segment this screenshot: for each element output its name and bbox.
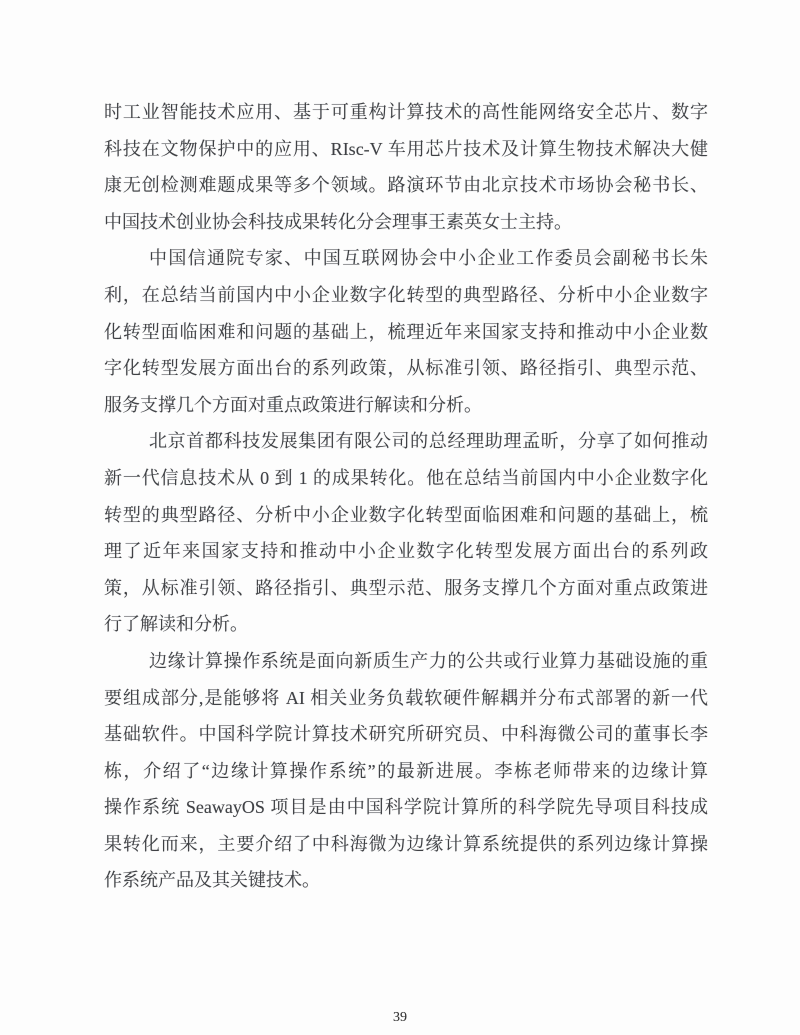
text-line: 行了解读和分析。	[104, 606, 708, 643]
text-line: 中国信通院专家、中国互联网协会中小企业工作委员会副秘书长朱	[104, 240, 708, 277]
text-line: 理了近年来国家支持和推动中小企业数字化转型发展方面出台的系列政	[104, 533, 708, 570]
text-line: 果转化而来，主要介绍了中科海微为边缘计算系统提供的系列边缘计算操	[104, 826, 708, 863]
text-line: 中国技术创业协会科技成果转化分会理事王素英女士主持。	[104, 204, 708, 241]
text-line: 要组成部分,是能够将 AI 相关业务负载软硬件解耦并分布式部署的新一代	[104, 680, 708, 717]
text-line: 北京首都科技发展集团有限公司的总经理助理孟昕，分享了如何推动	[104, 423, 708, 460]
page-number: 39	[0, 1010, 800, 1026]
text-line: 操作系统 SeawayOS 项目是由中国科学院计算所的科学院先导项目科技成	[104, 789, 708, 826]
text-line: 基础软件。中国科学院计算技术研究所研究员、中科海微公司的董事长李	[104, 716, 708, 753]
text-line: 作系统产品及其关键技术。	[104, 862, 708, 899]
text-line: 利，在总结当前国内中小企业数字化转型的典型路径、分析中小企业数字	[104, 277, 708, 314]
text-line: 转型的典型路径、分析中小企业数字化转型面临困难和问题的基础上，梳	[104, 497, 708, 534]
text-line: 时工业智能技术应用、基于可重构计算技术的高性能网络安全芯片、数字	[104, 94, 708, 131]
text-line: 新一代信息技术从 0 到 1 的成果转化。他在总结当前国内中小企业数字化	[104, 460, 708, 497]
text-line: 边缘计算操作系统是面向新质生产力的公共或行业算力基础设施的重	[104, 643, 708, 680]
text-line: 康无创检测难题成果等多个领域。路演环节由北京技术市场协会秘书长、	[104, 167, 708, 204]
text-line: 科技在文物保护中的应用、RIsc-V 车用芯片技术及计算生物技术解决大健	[104, 131, 708, 168]
document-page: 时工业智能技术应用、基于可重构计算技术的高性能网络安全芯片、数字科技在文物保护中…	[0, 0, 800, 1035]
document-body: 时工业智能技术应用、基于可重构计算技术的高性能网络安全芯片、数字科技在文物保护中…	[104, 94, 708, 899]
text-line: 栋，介绍了“边缘计算操作系统”的最新进展。李栋老师带来的边缘计算	[104, 753, 708, 790]
text-line: 化转型面临困难和问题的基础上，梳理近年来国家支持和推动中小企业数	[104, 314, 708, 351]
text-line: 字化转型发展方面出台的系列政策，从标准引领、路径指引、典型示范、	[104, 350, 708, 387]
text-line: 服务支撑几个方面对重点政策进行解读和分析。	[104, 387, 708, 424]
text-line: 策，从标准引领、路径指引、典型示范、服务支撑几个方面对重点政策进	[104, 570, 708, 607]
